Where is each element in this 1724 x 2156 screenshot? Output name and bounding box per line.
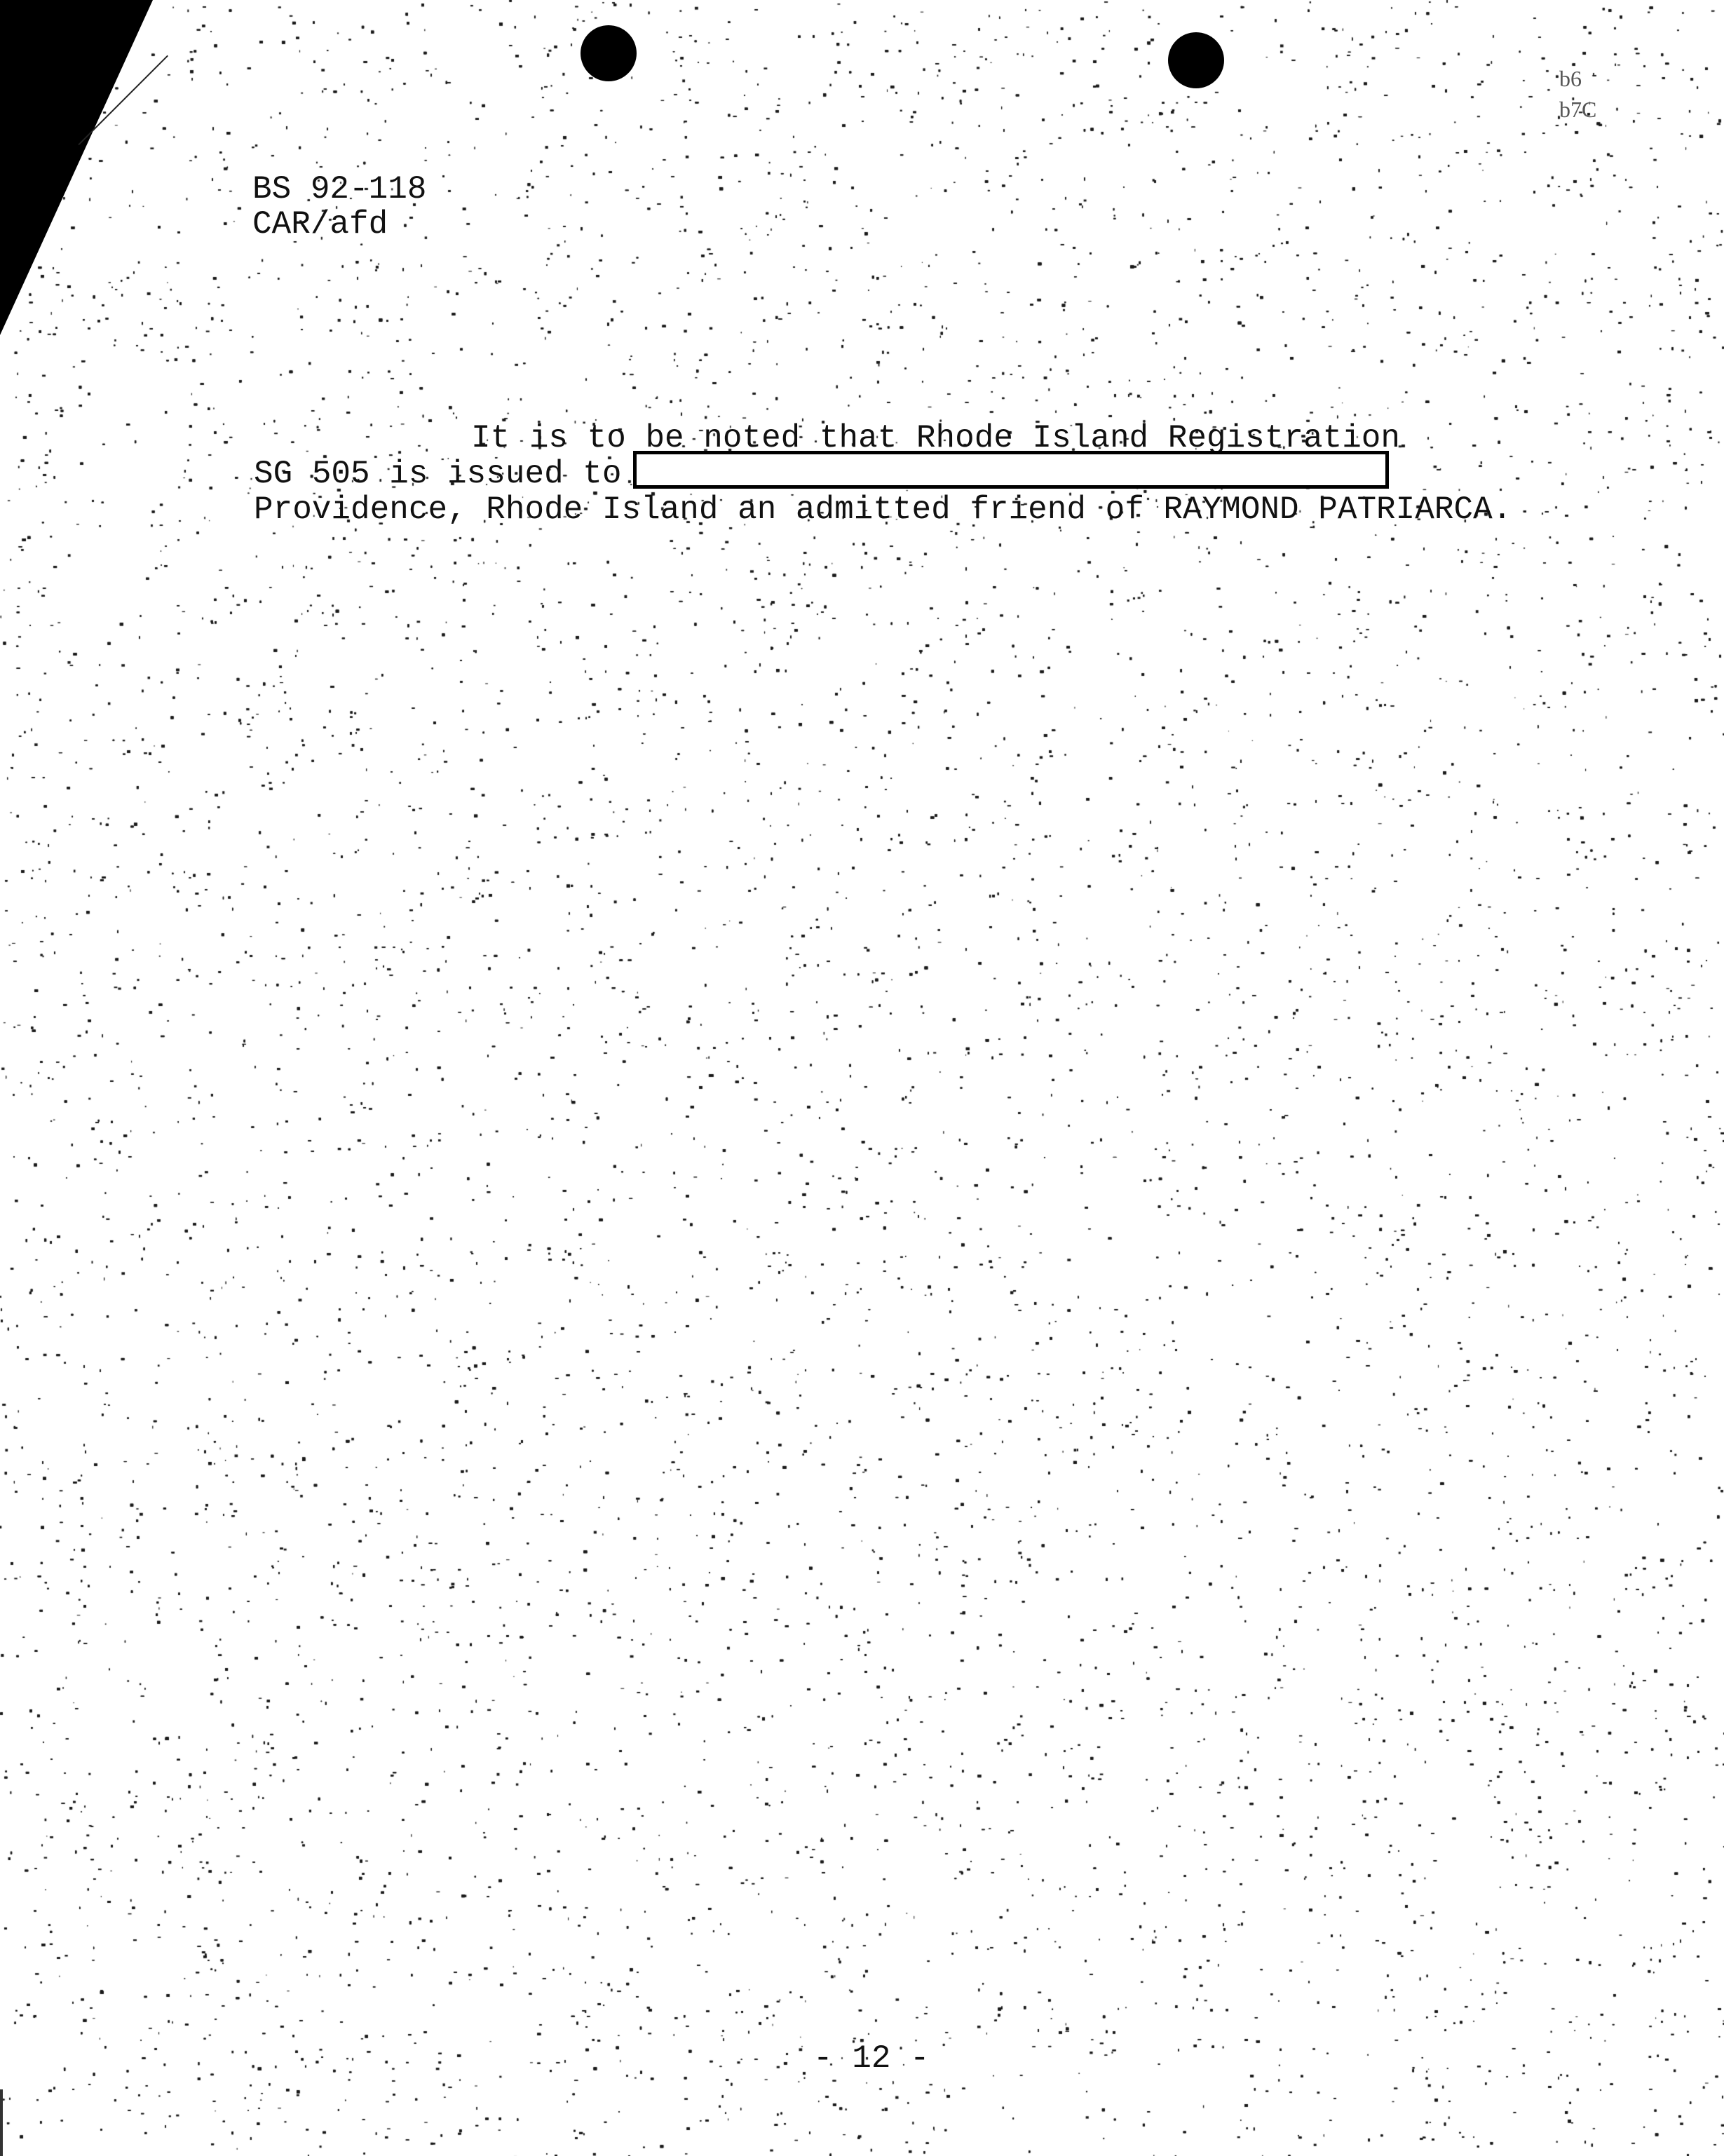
- scan-speckle-background: [0, 0, 1724, 2156]
- file-reference-header: BS 92-118 CAR/afd: [252, 172, 426, 242]
- page-edge-mark: [0, 2089, 3, 2156]
- punch-hole-right: [1168, 32, 1224, 88]
- redaction-box: [633, 451, 1389, 489]
- page-number: - 12 -: [813, 2040, 930, 2077]
- exemption-code-b6: b6: [1559, 63, 1596, 94]
- foia-exemption-codes: b6 b7C: [1559, 63, 1596, 125]
- typist-initials: CAR/afd: [252, 207, 426, 242]
- paragraph-line-2-text: SG 505 is issued to: [254, 456, 622, 492]
- exemption-code-b7c: b7C: [1559, 94, 1596, 125]
- file-number: BS 92-118: [252, 172, 426, 207]
- paragraph-line-3: Providence, Rhode Island an admitted fri…: [254, 492, 1512, 528]
- body-paragraph: It is to be noted that Rhode Island Regi…: [254, 421, 1512, 528]
- punch-hole-left: [581, 25, 637, 81]
- paragraph-line-2: SG 505 is issued to: [254, 456, 1512, 492]
